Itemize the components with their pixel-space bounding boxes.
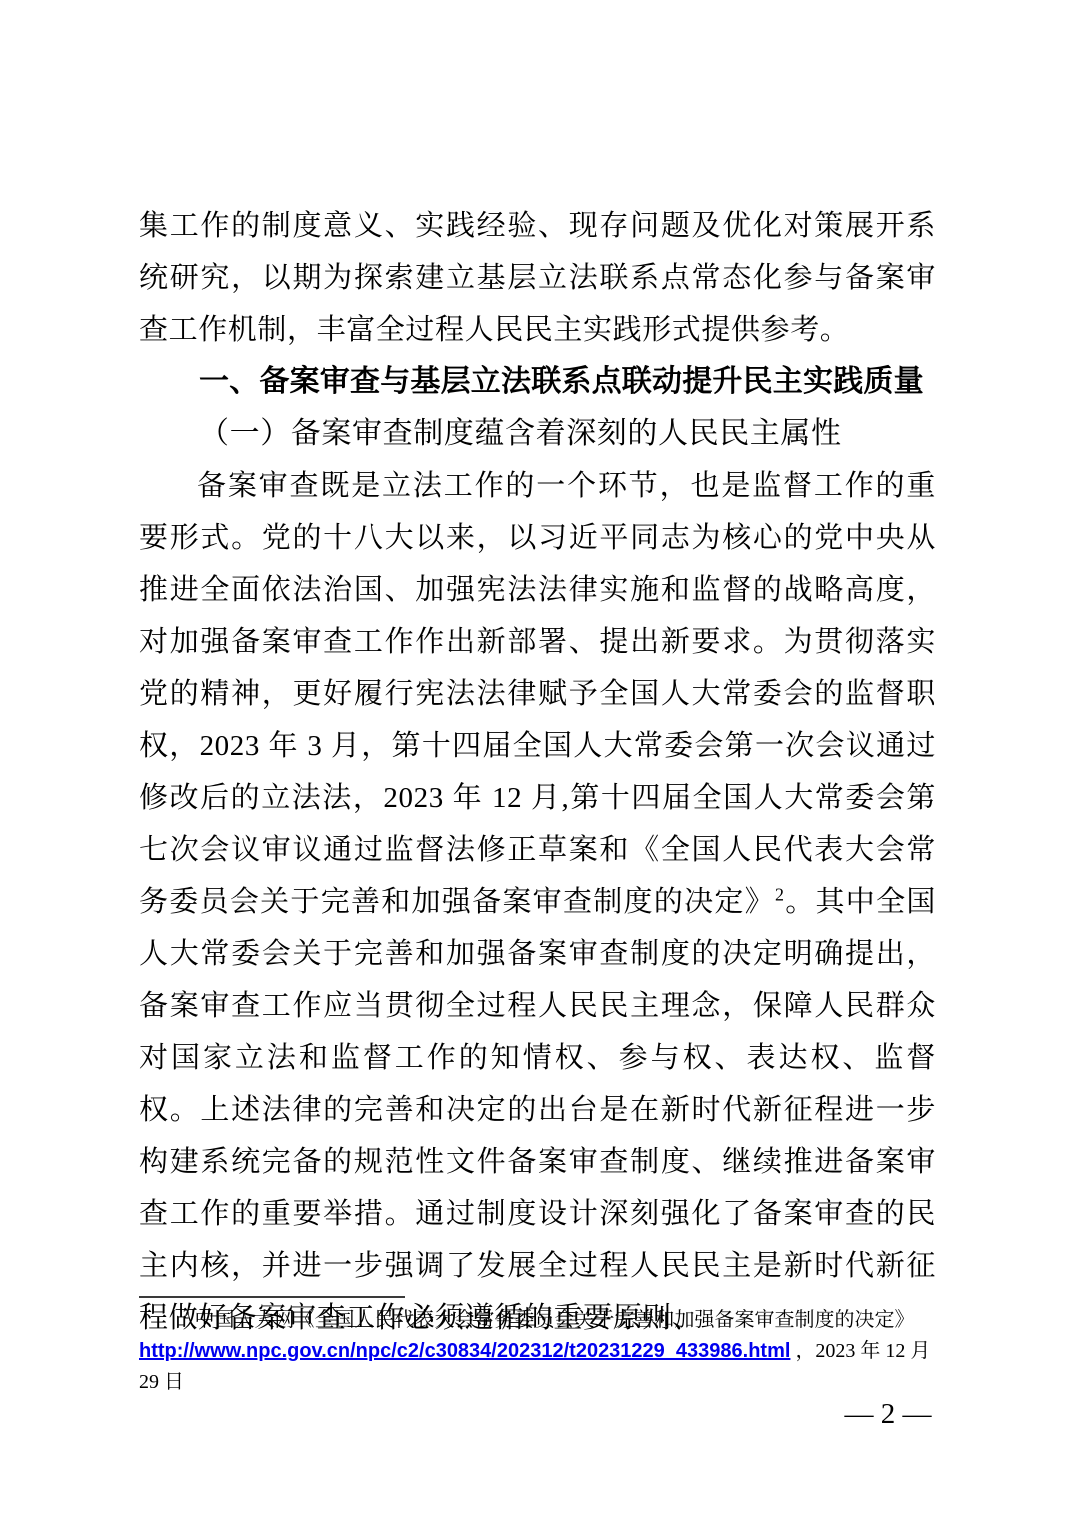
footnote-text-line: 2 中国人大网《全国人民代表大会常务委员会关于完善和加强备案审查制度的决定》 — [139, 1305, 939, 1336]
footnote-reference-marker: 2 — [775, 884, 785, 904]
footnote-link-line: http://www.npc.gov.cn/npc/c2/c30834/2023… — [139, 1336, 939, 1398]
footnote-separator-line — [139, 1296, 405, 1298]
footnote-marker: 2 — [183, 1306, 190, 1321]
section-heading: 一、备案审查与基层立法联系点联动提升民主实践质量 — [139, 356, 936, 408]
footnote-source-text: 中国人大网《全国人民代表大会常务委员会关于完善和加强备案审查制度的决定》 — [195, 1309, 915, 1331]
page-body: 集工作的制度意义、实践经验、现存问题及优化对策展开系统研究，以期为探索建立基层立… — [139, 200, 936, 1344]
paragraph-continued: 集工作的制度意义、实践经验、现存问题及优化对策展开系统研究，以期为探索建立基层立… — [139, 200, 936, 356]
subsection-heading: （一）备案审查制度蕴含着深刻的人民民主属性 — [139, 408, 936, 460]
paragraph-body: 备案审查既是立法工作的一个环节，也是监督工作的重要形式。党的十八大以来，以习近平… — [139, 460, 936, 1344]
paragraph-body-part1: 备案审查既是立法工作的一个环节，也是监督工作的重要形式。党的十八大以来，以习近平… — [139, 470, 936, 918]
document-page: 集工作的制度意义、实践经验、现存问题及优化对策展开系统研究，以期为探索建立基层立… — [0, 0, 1074, 1520]
page-number: — 2 — — [830, 1394, 946, 1434]
footnote-area: 2 中国人大网《全国人民代表大会常务委员会关于完善和加强备案审查制度的决定》 h… — [139, 1296, 939, 1398]
paragraph-body-part2: 。其中全国人大常委会关于完善和加强备案审查制度的决定明确提出，备案审查工作应当贯… — [139, 886, 936, 1334]
footnote-hyperlink[interactable]: http://www.npc.gov.cn/npc/c2/c30834/2023… — [139, 1340, 790, 1362]
